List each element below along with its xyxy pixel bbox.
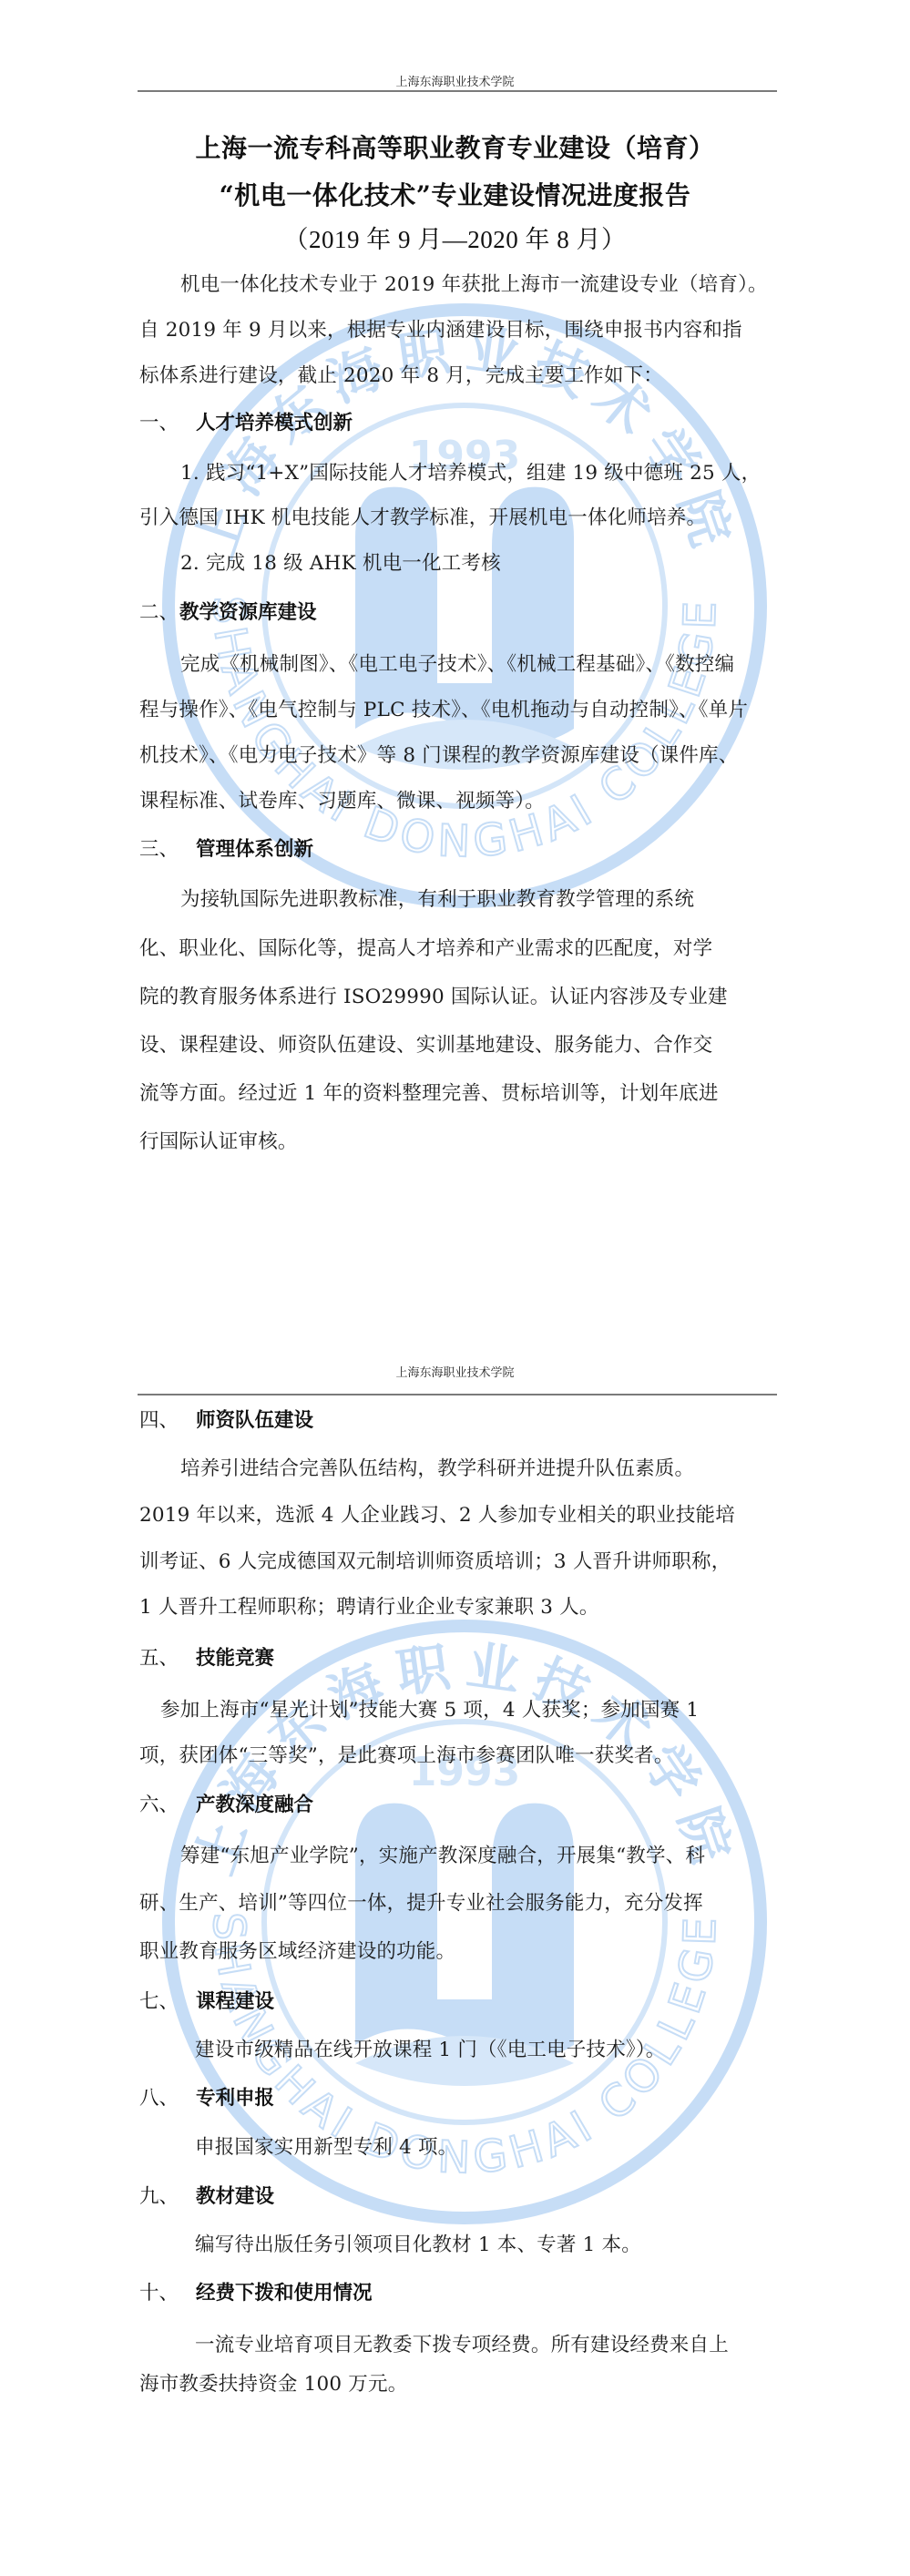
section-body-line: 建设市级精品在线开放课程 1 门（《电工电子技术》）。 [195, 2034, 666, 2062]
section-heading-4: 四、师资队伍建设 [139, 1405, 313, 1433]
section-title: 管理体系创新 [196, 838, 313, 861]
report-title-line-2: “机电一体化技术”专业建设情况进度报告 [0, 176, 910, 212]
section-heading-2: 二、教学资源库建设 [139, 597, 317, 625]
section-body-line: 海市教委扶持资金 100 万元。 [139, 2368, 407, 2397]
document-page-1: 上海东海职业技术学院 SHANGHAI DONGHAI COLLEGE 1993… [0, 0, 910, 1312]
section-title: 经费下拨和使用情况 [196, 2282, 373, 2305]
header-rule [138, 1394, 777, 1395]
section-body-line: 职业教育服务区域经济建设的功能。 [139, 1936, 455, 1964]
section-heading-5: 五、技能竞赛 [139, 1642, 274, 1671]
report-period: （2019 年 9 月—2020 年 8 月） [0, 220, 910, 255]
section-body-line: 设、课程建设、师资队伍建设、实训基地建设、服务能力、合作交 [139, 1029, 712, 1058]
section-number: 九、 [139, 2181, 196, 2209]
section-body-line: 项，获团体“三等奖”，是此赛项上海市参赛团队唯一获奖者。 [139, 1740, 674, 1768]
section-title: 产教深度融合 [196, 1794, 313, 1816]
section-title: 课程建设 [196, 1990, 274, 2013]
section-title: 师资队伍建设 [196, 1409, 313, 1432]
section-body-line: 为接轨国际先进职教标准，有利于职业教育教学管理的系统 [180, 884, 694, 912]
section-body-line: 完成《机械制图》、《电工电子技术》、《机械工程基础》、《数控编 [180, 649, 734, 677]
section-body-line: 行国际认证审核。 [139, 1126, 298, 1154]
section-body-line: 筹建“东旭产业学院”，实施产教深度融合，开展集“教学、科 [180, 1840, 705, 1868]
section-heading-1: 一、人才培养模式创新 [139, 407, 353, 435]
header-rule [138, 90, 777, 92]
section-number: 六、 [139, 1789, 196, 1817]
section-body-line: 引入德国 IHK 机电技能人才教学标准，开展机电一体化师培养。 [139, 502, 706, 530]
section-number: 二、 [139, 597, 179, 625]
intro-line: 机电一体化技术专业于 2019 年获批上海市一流建设专业（培育）。 [180, 269, 768, 297]
section-body-line: 课程标准、试卷库、习题库、微课、视频等）。 [139, 785, 545, 813]
section-body-line: 流等方面。经过近 1 年的资料整理完善、贯标培训等，计划年底进 [139, 1078, 719, 1106]
section-body-line: 训考证、6 人完成德国双元制培训师资质培训；3 人晋升讲师职称， [139, 1546, 731, 1574]
document-page-2: 上海东海职业技术学院 SHANGHAI DONGHAI COLLEGE 1993… [0, 1312, 910, 2576]
section-body-line: 1 人晋升工程师职称；聘请行业企业专家兼职 3 人。 [139, 1591, 599, 1620]
section-number: 八、 [139, 2082, 196, 2111]
section-heading-9: 九、教材建设 [139, 2181, 274, 2209]
section-body-line: 2. 完成 18 级 AHK 机电一化工考核 [180, 547, 501, 576]
section-heading-7: 七、课程建设 [139, 1986, 274, 2014]
section-number: 三、 [139, 833, 196, 862]
running-header: 上海东海职业技术学院 [0, 1363, 910, 1380]
section-heading-10: 十、经费下拨和使用情况 [139, 2277, 373, 2305]
section-number: 一、 [139, 407, 196, 435]
section-body-line: 程与操作》、《电气控制与 PLC 技术》、《电机拖动与自动控制》、《单片 [139, 694, 748, 722]
section-heading-3: 三、管理体系创新 [139, 833, 313, 862]
section-body-line: 1. 践习“1+X”国际技能人才培养模式，组建 19 级中德班 25 人， [180, 457, 761, 486]
section-body-line: 编写待出版任务引领项目化教材 1 本、专著 1 本。 [195, 2229, 641, 2257]
section-title: 技能竞赛 [196, 1647, 274, 1670]
section-number: 五、 [139, 1642, 196, 1671]
section-heading-8: 八、专利申报 [139, 2082, 274, 2111]
section-title: 专利申报 [196, 2087, 274, 2110]
report-title-line-1: 上海一流专科高等职业教育专业建设（培育） [0, 128, 910, 165]
section-body-line: 研、生产、培训”等四位一体，提升专业社会服务能力，充分发挥 [139, 1887, 703, 1916]
section-body-line: 一流专业培育项目无教委下拨专项经费。所有建设经费来自上 [195, 2329, 729, 2357]
intro-line: 标体系进行建设，截止 2020 年 8 月，完成主要工作如下： [139, 360, 663, 388]
section-title: 教材建设 [196, 2185, 274, 2208]
section-body-line: 院的教育服务体系进行 ISO29990 国际认证。认证内容涉及专业建 [139, 981, 728, 1009]
section-body-line: 2019 年以来，选派 4 人企业践习、2 人参加专业相关的职业技能培 [139, 1499, 735, 1528]
running-header: 上海东海职业技术学院 [0, 72, 910, 89]
intro-line: 自 2019 年 9 月以来，根据专业内涵建设目标，围绕申报书内容和指 [139, 314, 742, 342]
section-body-line: 参加上海市“星光计划”技能大赛 5 项，4 人获奖；参加国赛 1 [160, 1694, 699, 1722]
section-number: 七、 [139, 1986, 196, 2014]
section-body-line: 化、职业化、国际化等，提高人才培养和产业需求的匹配度，对学 [139, 933, 712, 961]
section-body-line: 培养引进结合完善队伍结构，教学科研并进提升队伍素质。 [180, 1453, 694, 1481]
section-heading-6: 六、产教深度融合 [139, 1789, 313, 1817]
section-body-line: 申报国家实用新型专利 4 项。 [195, 2131, 457, 2160]
svg-text:SHANGHAI DONGHAI COLLEGE: SHANGHAI DONGHAI COLLEGE [203, 596, 727, 868]
section-number: 十、 [139, 2277, 196, 2305]
section-title: 教学资源库建设 [179, 601, 317, 624]
section-body-line: 机技术》、《电力电子技术》等 8 门课程的教学资源库建设（课件库、 [139, 740, 738, 768]
section-number: 四、 [139, 1405, 196, 1433]
section-title: 人才培养模式创新 [196, 412, 353, 434]
